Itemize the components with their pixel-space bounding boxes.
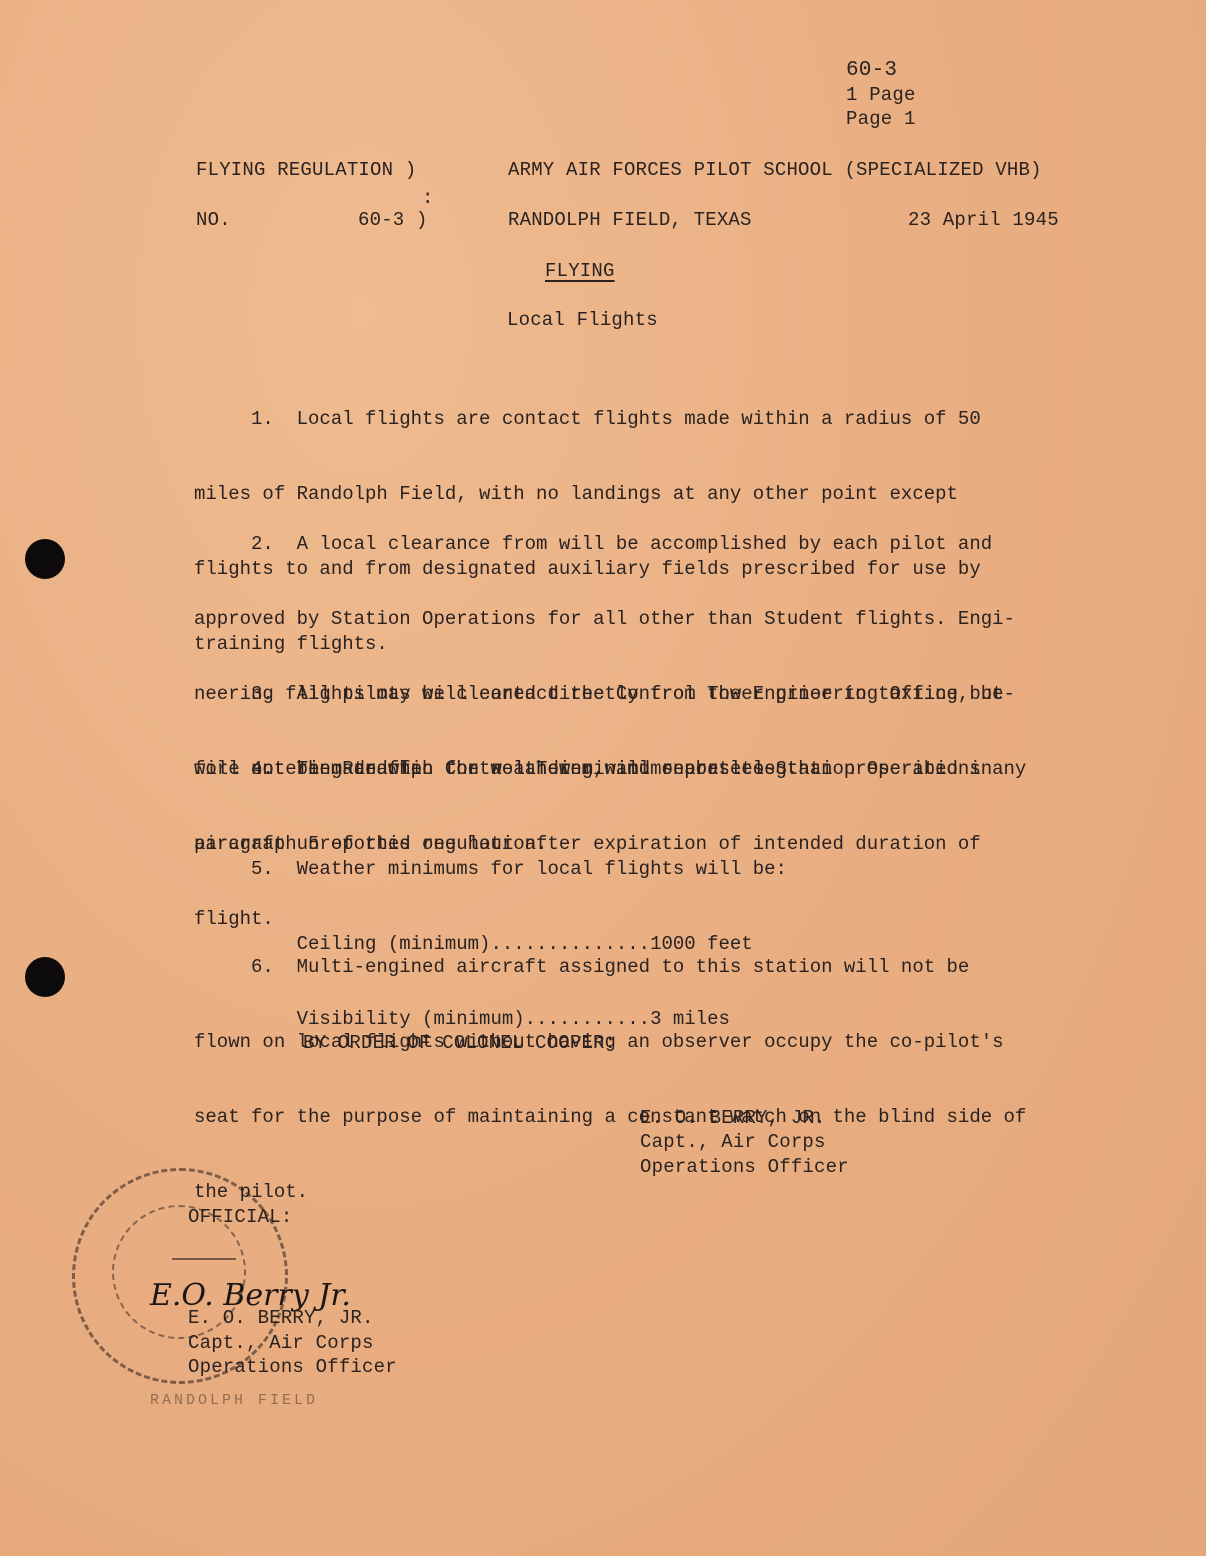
regulation-no-label: NO. <box>196 208 231 233</box>
signatory-rank: Capt., Air Corps <box>640 1130 826 1155</box>
page-ref-number: 60-3 <box>846 58 897 83</box>
signatory-title: Operations Officer <box>640 1155 849 1180</box>
regulation-number: 60-3 ) <box>358 208 428 233</box>
official-dash <box>172 1258 236 1260</box>
issue-date: 23 April 1945 <box>908 208 1059 233</box>
paragraph-line: 1. Local flights are contact flights mad… <box>194 407 1114 432</box>
official-rank: Capt., Air Corps <box>188 1331 374 1356</box>
paragraph-line: 4. The Randolph Control Tower will repor… <box>194 757 1114 782</box>
paragraph-line: 3. All pilots will contact the Control T… <box>194 682 1114 707</box>
punch-hole-top <box>25 539 65 579</box>
paragraph-6: 6. Multi-engined aircraft assigned to th… <box>194 905 1114 1230</box>
official-label: OFFICIAL: <box>188 1205 292 1230</box>
document-title: FLYING <box>545 259 615 284</box>
paragraph-line: the pilot. <box>194 1180 1114 1205</box>
document-subtitle: Local Flights <box>507 308 658 333</box>
official-title: Operations Officer <box>188 1355 397 1380</box>
issuing-location: RANDOLPH FIELD, TEXAS <box>508 208 752 233</box>
paragraph-line: 5. Weather minimums for local flights wi… <box>194 857 1114 882</box>
punch-hole-bottom <box>25 957 65 997</box>
official-name: E. O. BERRY, JR. <box>188 1306 374 1331</box>
official-stamp-text: RANDOLPH FIELD <box>150 1392 318 1409</box>
issuing-unit: ARMY AIR FORCES PILOT SCHOOL (SPECIALIZE… <box>508 158 1042 183</box>
paragraph-line: approved by Station Operations for all o… <box>194 607 1114 632</box>
paragraph-line: 6. Multi-engined aircraft assigned to th… <box>194 955 1114 980</box>
regulation-label: FLYING REGULATION ) <box>196 158 416 183</box>
paragraph-line: 2. A local clearance from will be accomp… <box>194 532 1114 557</box>
page-ref-page: Page 1 <box>846 107 916 132</box>
page-ref-pages: 1 Page <box>846 83 916 108</box>
order-line: BY ORDER OF COLONEL COOPER: <box>303 1031 616 1056</box>
signatory-name: E. O. BERRY, JR. <box>640 1106 826 1131</box>
